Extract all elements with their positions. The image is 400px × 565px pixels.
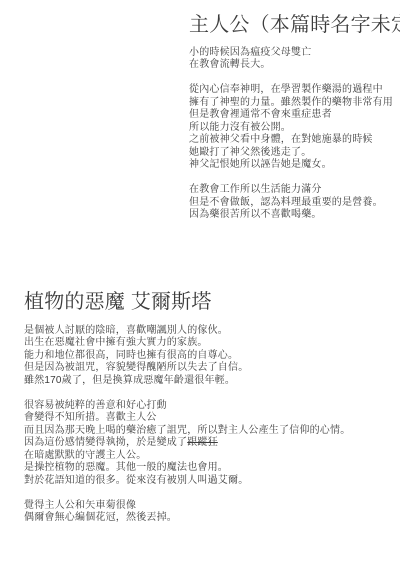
text-line: 在教會流轉長大。 — [189, 59, 400, 72]
text-line: 在教會工作所以生活能力滿分 — [189, 184, 400, 197]
text-line: 是個被人討厭的陰暗，喜歡嘲諷別人的傢伙。 — [24, 325, 350, 338]
text-line: 擁有了神聖的力量。雖然製作的藥物非常有用 — [189, 97, 400, 110]
text-line: 會變得不知所措。喜歡主人公 — [24, 412, 350, 425]
demon-paragraph-3: 覺得主人公和矢車菊很像 偶爾會無心編個花冠，然後丟掉。 — [24, 500, 350, 525]
text-line: 神父記恨她所以誣告她是魔女。 — [189, 159, 400, 172]
document-page: { "page": { "background_color": "#ffffff… — [0, 0, 400, 565]
stalker-line-prefix: 因為這份感情變得執拗，於是變成了 — [24, 437, 187, 448]
protagonist-notes-block: 主人公（本篇時名字未定） 小的時候因為瘟疫父母雙亡 在教會流轉長大。 從內心信奉… — [189, 19, 400, 222]
text-line: 小的時候因為瘟疫父母雙亡 — [189, 47, 400, 60]
protagonist-paragraph-1: 小的時候因為瘟疫父母雙亡 在教會流轉長大。 — [189, 47, 400, 72]
demon-paragraph-1: 是個被人討厭的陰暗，喜歡嘲諷別人的傢伙。 出生在惡魔社會中擁有強大實力的家族。 … — [24, 325, 350, 388]
text-line: 之前被神父看中身體，在對她施暴的時候 — [189, 134, 400, 147]
text-line: 出生在惡魔社會中擁有強大實力的家族。 — [24, 337, 350, 350]
text-line: 從內心信奉神明，在學習製作藥湯的過程中 — [189, 84, 400, 97]
protagonist-paragraph-3: 在教會工作所以生活能力滿分 但是不會做飯，認為料理最重要的是營養。 因為藥很苦所… — [189, 184, 400, 222]
demon-title: 植物的惡魔 艾爾斯塔 — [24, 296, 350, 309]
text-line: 她毆打了神父然後逃走了。 — [189, 147, 400, 160]
text-line: 雖然170歲了，但是換算成惡魔年齡還很年輕。 — [24, 375, 350, 388]
text-line: 覺得主人公和矢車菊很像 — [24, 500, 350, 513]
demon-notes-block: 植物的惡魔 艾爾斯塔 是個被人討厭的陰暗，喜歡嘲諷別人的傢伙。 出生在惡魔社會中… — [24, 296, 350, 525]
stalker-line: 因為這份感情變得執拗，於是變成了跟蹤狂 — [24, 437, 350, 450]
text-line: 偶爾會無心編個花冠，然後丟掉。 — [24, 512, 350, 525]
text-line: 而且因為那天晚上喝的藥治癒了詛咒，所以對主人公產生了信仰的心情。 — [24, 425, 350, 438]
text-line: 因為藥很苦所以不喜歡喝藥。 — [189, 209, 400, 222]
text-line: 很容易被純粹的善意和好心打動 — [24, 400, 350, 413]
demon-paragraph-2: 很容易被純粹的善意和好心打動 會變得不知所措。喜歡主人公 而且因為那天晚上喝的藥… — [24, 400, 350, 488]
text-line: 是操控植物的惡魔。其他一般的魔法也會用。 — [24, 462, 350, 475]
text-line: 但是因為被詛咒，容貌變得醜陋所以失去了自信。 — [24, 362, 350, 375]
protagonist-paragraph-2: 從內心信奉神明，在學習製作藥湯的過程中 擁有了神聖的力量。雖然製作的藥物非常有用… — [189, 84, 400, 172]
text-line: 在暗處默默的守護主人公。 — [24, 450, 350, 463]
text-line: 對於花語知道的很多。從來沒有被別人叫過艾爾。 — [24, 475, 350, 488]
text-line: 所以能力沒有被公開。 — [189, 122, 400, 135]
protagonist-title: 主人公（本篇時名字未定） — [189, 19, 400, 32]
struck-text: 跟蹤狂 — [187, 437, 218, 448]
text-line: 但是教會裡通常不會來重症患者 — [189, 109, 400, 122]
text-line: 但是不會做飯，認為料理最重要的是營養。 — [189, 197, 400, 210]
text-line: 能力和地位都很高，同時也擁有很高的自尊心。 — [24, 350, 350, 363]
